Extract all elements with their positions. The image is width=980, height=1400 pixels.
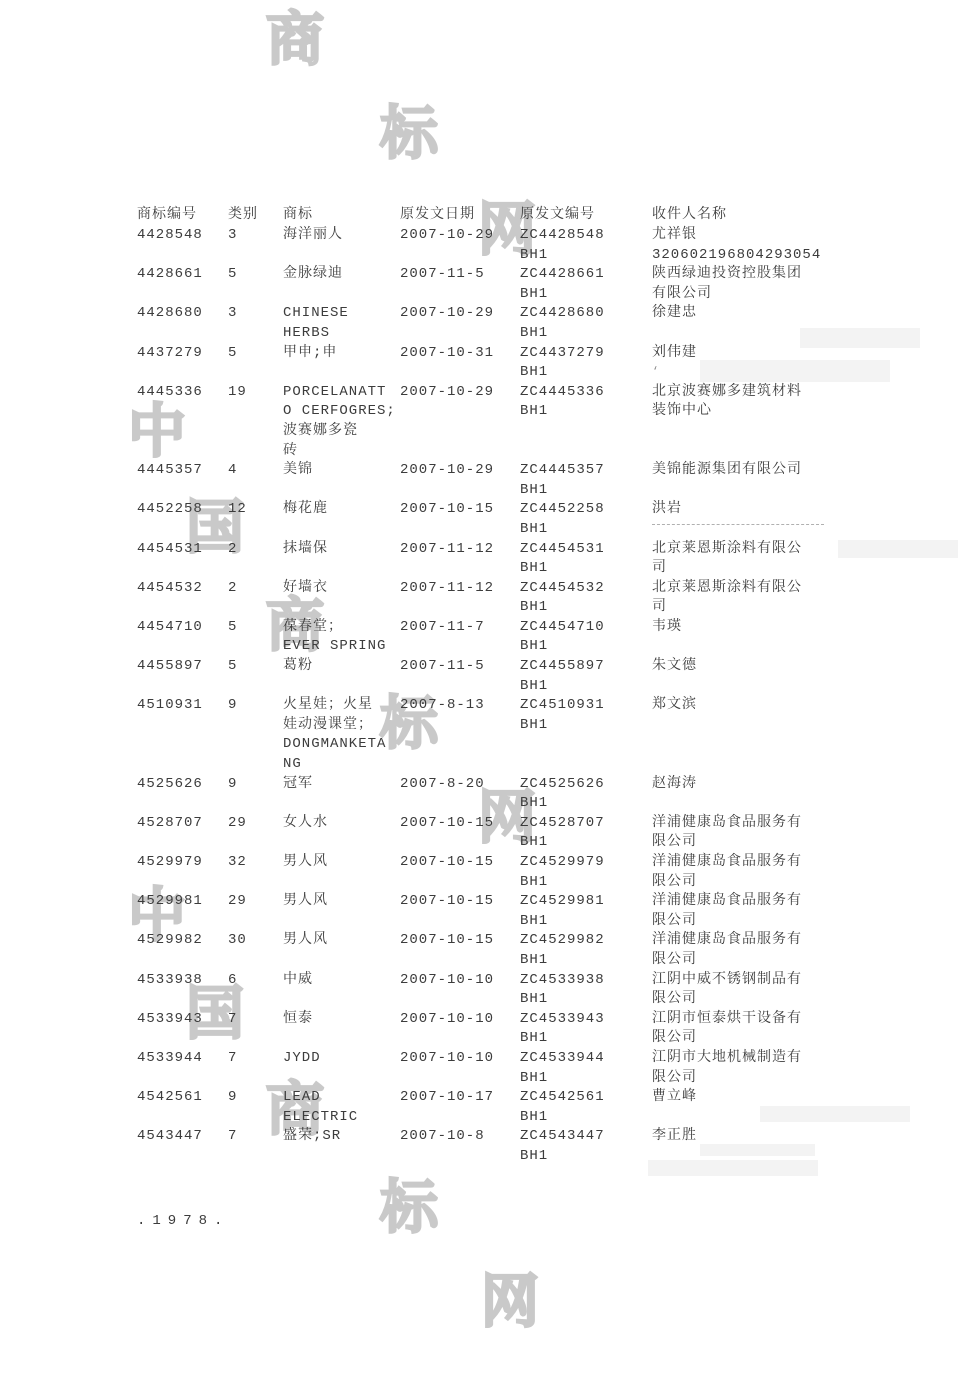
cell-trademark-no: 4454532 — [137, 579, 228, 618]
cell-class: 4 — [228, 461, 283, 500]
cell-trademark-no: 4533944 — [137, 1049, 228, 1088]
cell-mark: 抹墙保 — [283, 540, 400, 579]
cell-mark: 女人水 — [283, 814, 400, 853]
cell-mark: LEAD ELECTRIC — [283, 1088, 400, 1127]
cell-issue-date: 2007-10-15 — [400, 931, 520, 970]
cell-class: 7 — [228, 1010, 283, 1049]
table-row: 4533944 7 JYDD 2007-10-10 ZC4533944 BH1 … — [137, 1049, 837, 1088]
cell-class: 30 — [228, 931, 283, 970]
cell-mark: 甲申;申 — [283, 344, 400, 383]
cell-class: 7 — [228, 1127, 283, 1166]
cell-class: 9 — [228, 775, 283, 814]
cell-mark: 男人风 — [283, 853, 400, 892]
cell-recipient: 江阴市大地机械制造有 限公司 — [652, 1049, 837, 1088]
cell-recipient: 北京波赛娜多建筑材料 装饰中心 — [652, 383, 837, 461]
cell-trademark-no: 4445357 — [137, 461, 228, 500]
cell-issue-date: 2007-11-5 — [400, 657, 520, 696]
cell-doc-no: ZC4529979 BH1 — [520, 853, 652, 892]
cell-recipient: 李正胜 — [652, 1127, 837, 1166]
cell-mark: 海洋丽人 — [283, 226, 400, 265]
cell-trademark-no: 4428661 — [137, 265, 228, 304]
col-header-issue-date: 原发文日期 — [400, 206, 520, 226]
cell-trademark-no: 4445336 — [137, 383, 228, 461]
watermark-char: 标 — [380, 1178, 438, 1236]
table-row: 4533938 6 中威 2007-10-10 ZC4533938 BH1 江阴… — [137, 971, 837, 1010]
table-row: 4428548 3 海洋丽人 2007-10-29 ZC4428548 BH1 … — [137, 226, 837, 265]
cell-recipient: 北京莱恩斯涂料有限公 司 — [652, 579, 837, 618]
table-row: 4543447 7 盛荣;SR 2007-10-8 ZC4543447 BH1 … — [137, 1127, 837, 1166]
dashed-separator — [652, 524, 824, 525]
cell-issue-date: 2007-10-17 — [400, 1088, 520, 1127]
table-row: 4454532 2 好墙衣 2007-11-12 ZC4454532 BH1 北… — [137, 579, 837, 618]
cell-doc-no: ZC4533944 BH1 — [520, 1049, 652, 1088]
watermark-char: 标 — [380, 104, 438, 162]
cell-issue-date: 2007-8-20 — [400, 775, 520, 814]
cell-doc-no: ZC4455897 BH1 — [520, 657, 652, 696]
cell-issue-date: 2007-10-29 — [400, 226, 520, 265]
cell-class: 32 — [228, 853, 283, 892]
cell-recipient: 洋浦健康岛食品服务有 限公司 — [652, 853, 837, 892]
cell-mark: 美锦 — [283, 461, 400, 500]
table-row: 4445336 19 PORCELANATT O CERFOGRES; 波赛娜多… — [137, 383, 837, 461]
cell-trademark-no: 4428680 — [137, 304, 228, 343]
table-row: 4454531 2 抹墙保 2007-11-12 ZC4454531 BH1 北… — [137, 540, 837, 579]
table-row: 4455897 5 葛粉 2007-11-5 ZC4455897 BH1 朱文德 — [137, 657, 837, 696]
cell-recipient: 洪岩 — [652, 500, 837, 539]
cell-recipient: 北京莱恩斯涂料有限公 司 — [652, 540, 837, 579]
cell-doc-no: ZC4445336 BH1 — [520, 383, 652, 461]
cell-mark: 火星娃；火星 娃动漫课堂； DONGMANKETA NG — [283, 696, 400, 774]
cell-issue-date: 2007-11-5 — [400, 265, 520, 304]
cell-mark: 中威 — [283, 971, 400, 1010]
cell-class: 29 — [228, 892, 283, 931]
cell-doc-no: ZC4525626 BH1 — [520, 775, 652, 814]
table-row: 4525626 9 冠军 2007-8-20 ZC4525626 BH1 赵海涛 — [137, 775, 837, 814]
cell-class: 3 — [228, 226, 283, 265]
cell-class: 19 — [228, 383, 283, 461]
table-row: 4529982 30 男人风 2007-10-15 ZC4529982 BH1 … — [137, 931, 837, 970]
cell-issue-date: 2007-10-10 — [400, 971, 520, 1010]
cell-mark: 男人风 — [283, 931, 400, 970]
cell-issue-date: 2007-11-7 — [400, 618, 520, 657]
cell-mark: 金脉绿迪 — [283, 265, 400, 304]
table-row: 4529981 29 男人风 2007-10-15 ZC4529981 BH1 … — [137, 892, 837, 931]
cell-issue-date: 2007-10-8 — [400, 1127, 520, 1166]
table-row: 4428661 5 金脉绿迪 2007-11-5 ZC4428661 BH1 陕… — [137, 265, 837, 304]
cell-trademark-no: 4428548 — [137, 226, 228, 265]
cell-doc-no: ZC4543447 BH1 — [520, 1127, 652, 1166]
watermark-char: 商 — [266, 10, 324, 68]
col-header-recipient: 收件人名称 — [652, 206, 837, 226]
col-header-mark: 商标 — [283, 206, 400, 226]
cell-class: 5 — [228, 265, 283, 304]
cell-doc-no: ZC4510931 BH1 — [520, 696, 652, 774]
cell-recipient: 洋浦健康岛食品服务有 限公司 — [652, 892, 837, 931]
trademark-table: 商标编号 类别 商标 原发文日期 原发文编号 收件人名称 4428548 3 海… — [137, 206, 837, 1167]
cell-doc-no: ZC4533943 BH1 — [520, 1010, 652, 1049]
cell-issue-date: 2007-11-12 — [400, 540, 520, 579]
cell-issue-date: 2007-10-15 — [400, 892, 520, 931]
cell-trademark-no: 4455897 — [137, 657, 228, 696]
cell-doc-no: ZC4452258 BH1 — [520, 500, 652, 539]
cell-doc-no: ZC4428680 BH1 — [520, 304, 652, 343]
cell-recipient: 朱文德 — [652, 657, 837, 696]
table-row: 4452258 12 梅花鹿 2007-10-15 ZC4452258 BH1 … — [137, 500, 837, 539]
cell-mark: PORCELANATT O CERFOGRES; 波赛娜多瓷 砖 — [283, 383, 400, 461]
cell-doc-no: ZC4445357 BH1 — [520, 461, 652, 500]
cell-recipient: 陕西绿迪投资控股集团 有限公司 — [652, 265, 837, 304]
cell-mark: 恒泰 — [283, 1010, 400, 1049]
cell-recipient: 徐建忠 — [652, 304, 837, 343]
cell-issue-date: 2007-10-10 — [400, 1010, 520, 1049]
col-header-class: 类别 — [228, 206, 283, 226]
col-header-doc-no: 原发文编号 — [520, 206, 652, 226]
cell-issue-date: 2007-10-10 — [400, 1049, 520, 1088]
table-row: 4510931 9 火星娃；火星 娃动漫课堂； DONGMANKETA NG 2… — [137, 696, 837, 774]
cell-class: 2 — [228, 540, 283, 579]
cell-issue-date: 2007-11-12 — [400, 579, 520, 618]
cell-mark: 男人风 — [283, 892, 400, 931]
cell-recipient: 尤祥银 320602196804293054 — [652, 226, 837, 265]
cell-mark: 葛粉 — [283, 657, 400, 696]
scan-smudge — [838, 540, 958, 558]
cell-issue-date: 2007-10-29 — [400, 304, 520, 343]
cell-issue-date: 2007-10-15 — [400, 853, 520, 892]
cell-class: 5 — [228, 618, 283, 657]
cell-mark: CHINESE HERBS — [283, 304, 400, 343]
cell-recipient: 曹立峰 — [652, 1088, 837, 1127]
cell-trademark-no: 4533938 — [137, 971, 228, 1010]
cell-mark: JYDD — [283, 1049, 400, 1088]
table-row: 4533943 7 恒泰 2007-10-10 ZC4533943 BH1 江阴… — [137, 1010, 837, 1049]
cell-trademark-no: 4525626 — [137, 775, 228, 814]
cell-doc-no: ZC4454531 BH1 — [520, 540, 652, 579]
cell-recipient: 江阴市恒泰烘干设备有 限公司 — [652, 1010, 837, 1049]
cell-issue-date: 2007-10-15 — [400, 500, 520, 539]
cell-class: 6 — [228, 971, 283, 1010]
cell-class: 7 — [228, 1049, 283, 1088]
cell-doc-no: ZC4454710 BH1 — [520, 618, 652, 657]
cell-trademark-no: 4437279 — [137, 344, 228, 383]
cell-trademark-no: 4529981 — [137, 892, 228, 931]
cell-trademark-no: 4529982 — [137, 931, 228, 970]
cell-trademark-no: 4529979 — [137, 853, 228, 892]
cell-class: 9 — [228, 696, 283, 774]
cell-issue-date: 2007-10-31 — [400, 344, 520, 383]
cell-recipient: 江阴中威不锈钢制品有 限公司 — [652, 971, 837, 1010]
watermark-char: 网 — [481, 1272, 539, 1330]
table-row: 4528707 29 女人水 2007-10-15 ZC4528707 BH1 … — [137, 814, 837, 853]
cell-trademark-no: 4510931 — [137, 696, 228, 774]
table-row: 4437279 5 甲申;申 2007-10-31 ZC4437279 BH1 … — [137, 344, 837, 383]
cell-trademark-no: 4533943 — [137, 1010, 228, 1049]
cell-issue-date: 2007-10-29 — [400, 383, 520, 461]
cell-recipient: 洋浦健康岛食品服务有 限公司 — [652, 814, 837, 853]
cell-mark: 梅花鹿 — [283, 500, 400, 539]
col-header-trademark-no: 商标编号 — [137, 206, 228, 226]
cell-issue-date: 2007-10-15 — [400, 814, 520, 853]
table-row: 4454710 5 葆春堂； EVER SPRING 2007-11-7 ZC4… — [137, 618, 837, 657]
cell-class: 9 — [228, 1088, 283, 1127]
cell-trademark-no: 4454531 — [137, 540, 228, 579]
cell-doc-no: ZC4437279 BH1 — [520, 344, 652, 383]
table-header-row: 商标编号 类别 商标 原发文日期 原发文编号 收件人名称 — [137, 206, 837, 226]
cell-doc-no: ZC4454532 BH1 — [520, 579, 652, 618]
cell-class: 2 — [228, 579, 283, 618]
cell-doc-no: ZC4529981 BH1 — [520, 892, 652, 931]
cell-class: 5 — [228, 657, 283, 696]
cell-recipient: 韦瑛 — [652, 618, 837, 657]
table-row: 4428680 3 CHINESE HERBS 2007-10-29 ZC442… — [137, 304, 837, 343]
cell-recipient: 郑文滨 — [652, 696, 837, 774]
cell-trademark-no: 4542561 — [137, 1088, 228, 1127]
table-row: 4529979 32 男人风 2007-10-15 ZC4529979 BH1 … — [137, 853, 837, 892]
cell-mark: 葆春堂； EVER SPRING — [283, 618, 400, 657]
cell-issue-date: 2007-10-29 — [400, 461, 520, 500]
cell-recipient: 洋浦健康岛食品服务有 限公司 — [652, 931, 837, 970]
cell-trademark-no: 4452258 — [137, 500, 228, 539]
cell-doc-no: ZC4529982 BH1 — [520, 931, 652, 970]
table-row: 4445357 4 美锦 2007-10-29 ZC4445357 BH1 美锦… — [137, 461, 837, 500]
cell-doc-no: ZC4528707 BH1 — [520, 814, 652, 853]
page-number: .1978. — [137, 1213, 229, 1229]
cell-recipient: 刘伟建‘ — [652, 344, 837, 383]
cell-recipient: 赵海涛 — [652, 775, 837, 814]
cell-class: 3 — [228, 304, 283, 343]
table-body: 4428548 3 海洋丽人 2007-10-29 ZC4428548 BH1 … — [137, 226, 837, 1167]
table-row: 4542561 9 LEAD ELECTRIC 2007-10-17 ZC454… — [137, 1088, 837, 1127]
cell-doc-no: ZC4428661 BH1 — [520, 265, 652, 304]
cell-mark: 好墙衣 — [283, 579, 400, 618]
scan-artifact-mark: ‘ — [652, 363, 837, 383]
cell-trademark-no: 4454710 — [137, 618, 228, 657]
cell-trademark-no: 4528707 — [137, 814, 228, 853]
cell-class: 12 — [228, 500, 283, 539]
cell-doc-no: ZC4428548 BH1 — [520, 226, 652, 265]
cell-doc-no: ZC4542561 BH1 — [520, 1088, 652, 1127]
cell-mark: 冠军 — [283, 775, 400, 814]
cell-class: 29 — [228, 814, 283, 853]
cell-mark: 盛荣;SR — [283, 1127, 400, 1166]
cell-trademark-no: 4543447 — [137, 1127, 228, 1166]
cell-class: 5 — [228, 344, 283, 383]
cell-doc-no: ZC4533938 BH1 — [520, 971, 652, 1010]
cell-recipient: 美锦能源集团有限公司 — [652, 461, 837, 500]
cell-issue-date: 2007-8-13 — [400, 696, 520, 774]
